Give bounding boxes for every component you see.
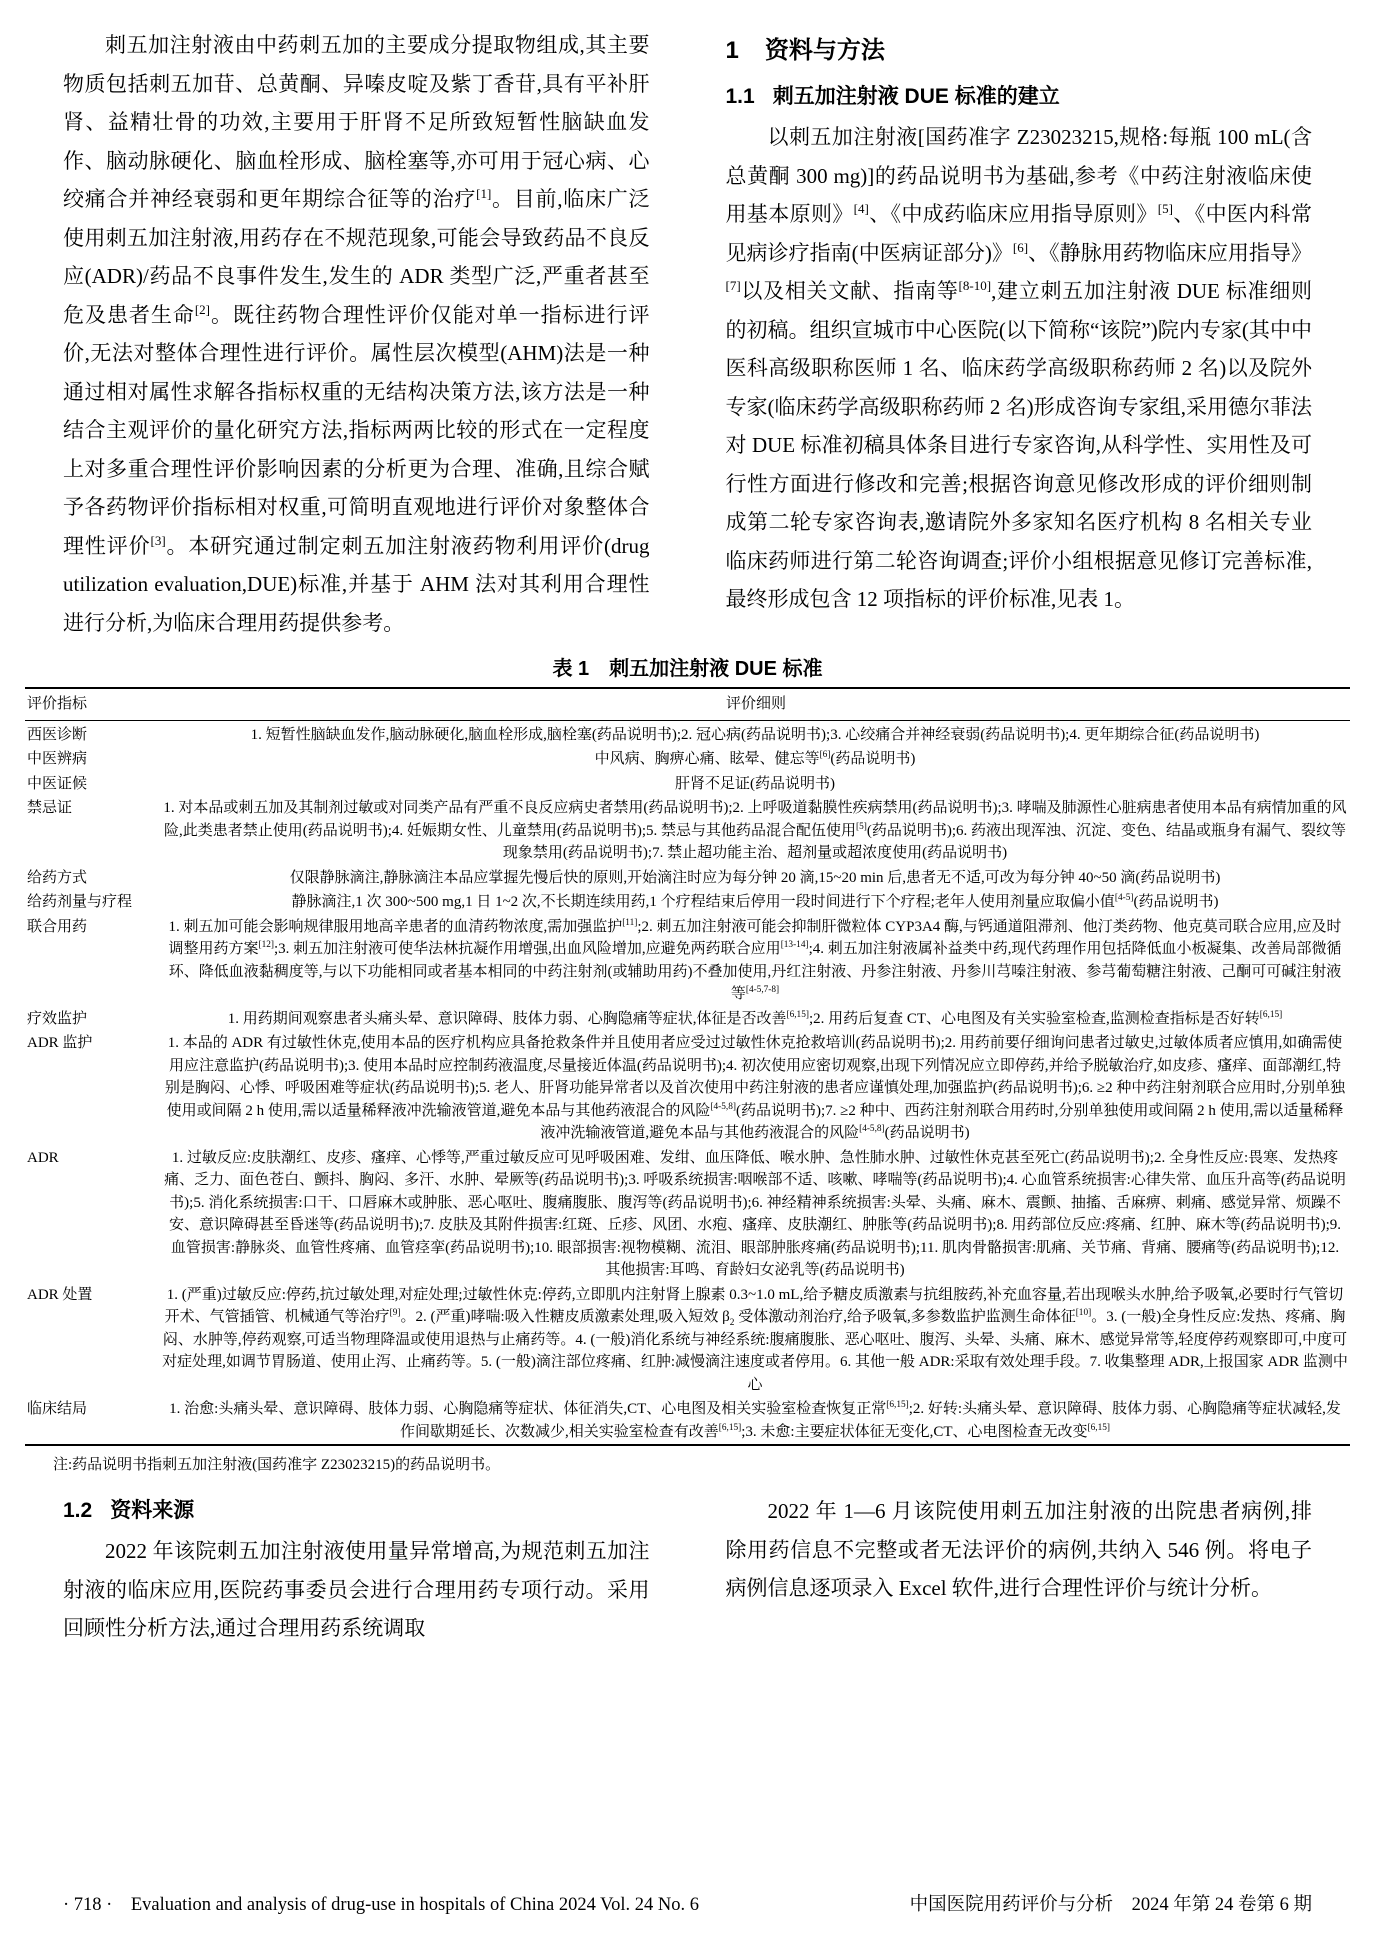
- table-row: 西医诊断1. 短暂性脑缺血发作,脑动脉硬化,脑血栓形成,脑栓塞(药品说明书);2…: [25, 723, 1350, 748]
- table-row-indicator: ADR 监护: [25, 1031, 160, 1146]
- table-row-detail: 1. 对本品或刺五加及其制剂过敏或对同类产品有严重不良反应病史者禁用(药品说明书…: [160, 796, 1350, 866]
- left-column: 刺五加注射液由中药刺五加的主要成分提取物组成,其主要物质包括刺五加苷、总黄酮、异…: [63, 26, 650, 642]
- right-column: 1资料与方法 1.1刺五加注射液 DUE 标准的建立 以刺五加注射液[国药准字 …: [726, 26, 1313, 642]
- table-row-indicator: 给药剂量与疗程: [25, 890, 160, 915]
- table-row: ADR 处置1. (严重)过敏反应:停药,抗过敏处理,对症处理;过敏性休克:停药…: [25, 1283, 1350, 1398]
- table-row: ADR1. 过敏反应:皮肤潮红、皮疹、瘙痒、心悸等,严重过敏反应可见呼吸困难、发…: [25, 1146, 1350, 1283]
- table-row: 中医辨病中风病、胸痹心痛、眩晕、健忘等[6](药品说明书): [25, 747, 1350, 772]
- section-1-2-title: 资料来源: [110, 1499, 194, 1522]
- section-1-2-number: 1.2: [63, 1499, 92, 1522]
- page-footer: · 718 · Evaluation and analysis of drug-…: [0, 1890, 1375, 1916]
- footer-right-text: 中国医院用药评价与分析 2024 年第 24 卷第 6 期: [910, 1890, 1312, 1916]
- table-row-indicator: 中医辨病: [25, 747, 160, 772]
- table-row: 疗效监护1. 用药期间观察患者头痛头晕、意识障碍、肢体力弱、心胸隐痛等症状,体征…: [25, 1007, 1350, 1032]
- table1-note: 注:药品说明书指刺五加注射液(国药准字 Z23023215)的药品说明书。: [25, 1454, 1350, 1476]
- table1-header-detail: 评价细则: [162, 693, 1350, 716]
- table-row-detail: 1. 短暂性脑缺血发作,脑动脉硬化,脑血栓形成,脑栓塞(药品说明书);2. 冠心…: [160, 723, 1350, 748]
- section-1-1-title: 刺五加注射液 DUE 标准的建立: [773, 85, 1060, 108]
- section-1-1-heading: 1.1刺五加注射液 DUE 标准的建立: [726, 78, 1313, 116]
- table-row-detail: 1. (严重)过敏反应:停药,抗过敏处理,对症处理;过敏性休克:停药,立即肌内注…: [160, 1283, 1350, 1398]
- table-row-detail: 1. 本品的 ADR 有过敏性休克,使用本品的医疗机构应具备抢救条件并且使用者应…: [160, 1031, 1350, 1146]
- table-row-indicator: 禁忌证: [25, 796, 160, 866]
- table-row-indicator: ADR: [25, 1146, 160, 1283]
- section-1-number: 1: [726, 37, 739, 64]
- table-row-indicator: 疗效监护: [25, 1007, 160, 1032]
- section-1-heading: 1资料与方法: [726, 28, 1313, 74]
- table-row-detail: 1. 用药期间观察患者头痛头晕、意识障碍、肢体力弱、心胸隐痛等症状,体征是否改善…: [160, 1007, 1350, 1032]
- table1-header-indicator: 评价指标: [25, 693, 162, 716]
- table-row-detail: 1. 过敏反应:皮肤潮红、皮疹、瘙痒、心悸等,严重过敏反应可见呼吸困难、发绀、血…: [160, 1146, 1350, 1283]
- table-row: 禁忌证1. 对本品或刺五加及其制剂过敏或对同类产品有严重不良反应病史者禁用(药品…: [25, 796, 1350, 866]
- section-1-2-paragraph-left: 2022 年该院刺五加注射液使用量异常增高,为规范刺五加注射液的临床应用,医院药…: [63, 1532, 650, 1648]
- table1-header-row: 评价指标 评价细则: [25, 689, 1350, 721]
- table-row-detail: 肝肾不足证(药品说明书): [160, 772, 1350, 797]
- left-column-bottom: 1.2资料来源 2022 年该院刺五加注射液使用量异常增高,为规范刺五加注射液的…: [63, 1492, 650, 1648]
- top-columns: 刺五加注射液由中药刺五加的主要成分提取物组成,其主要物质包括刺五加苷、总黄酮、异…: [0, 0, 1375, 642]
- intro-paragraph: 刺五加注射液由中药刺五加的主要成分提取物组成,其主要物质包括刺五加苷、总黄酮、异…: [63, 26, 650, 642]
- table-row-detail: 静脉滴注,1 次 300~500 mg,1 日 1~2 次,不长期连续用药,1 …: [160, 890, 1350, 915]
- journal-page: 刺五加注射液由中药刺五加的主要成分提取物组成,其主要物质包括刺五加苷、总黄酮、异…: [0, 0, 1375, 1940]
- section-1-1-number: 1.1: [726, 85, 755, 108]
- table-row: 给药方式仅限静脉滴注,静脉滴注本品应掌握先慢后快的原则,开始滴注时应为每分钟 2…: [25, 866, 1350, 891]
- footer-left-text: · 718 · Evaluation and analysis of drug-…: [63, 1890, 699, 1916]
- table-row: 临床结局1. 治愈:头痛头晕、意识障碍、肢体力弱、心胸隐痛等症状、体征消失,CT…: [25, 1397, 1350, 1444]
- table1-body: 西医诊断1. 短暂性脑缺血发作,脑动脉硬化,脑血栓形成,脑栓塞(药品说明书);2…: [25, 723, 1350, 1445]
- table-row-indicator: 西医诊断: [25, 723, 160, 748]
- section-1-2-paragraph-right: 2022 年 1—6 月该院使用刺五加注射液的出院患者病例,排除用药信息不完整或…: [726, 1492, 1313, 1608]
- table-row-detail: 中风病、胸痹心痛、眩晕、健忘等[6](药品说明书): [160, 747, 1350, 772]
- right-column-bottom: 2022 年 1—6 月该院使用刺五加注射液的出院患者病例,排除用药信息不完整或…: [726, 1492, 1313, 1648]
- table-row-indicator: 中医证候: [25, 772, 160, 797]
- section-1-title: 资料与方法: [765, 37, 885, 64]
- table-row-indicator: 临床结局: [25, 1397, 160, 1444]
- table-row-detail: 仅限静脉滴注,静脉滴注本品应掌握先慢后快的原则,开始滴注时应为每分钟 20 滴,…: [160, 866, 1350, 891]
- table1: 评价指标 评价细则 西医诊断1. 短暂性脑缺血发作,脑动脉硬化,脑血栓形成,脑栓…: [25, 687, 1350, 1446]
- table-row-indicator: ADR 处置: [25, 1283, 160, 1398]
- table-row: 给药剂量与疗程静脉滴注,1 次 300~500 mg,1 日 1~2 次,不长期…: [25, 890, 1350, 915]
- table-row: 联合用药1. 刺五加可能会影响规律服用地高辛患者的血清药物浓度,需加强监护[11…: [25, 915, 1350, 1007]
- table-row: 中医证候肝肾不足证(药品说明书): [25, 772, 1350, 797]
- table-row: ADR 监护1. 本品的 ADR 有过敏性休克,使用本品的医疗机构应具备抢救条件…: [25, 1031, 1350, 1146]
- table1-caption: 表 1 刺五加注射液 DUE 标准: [0, 652, 1375, 681]
- table-row-indicator: 给药方式: [25, 866, 160, 891]
- section-1-2-heading: 1.2资料来源: [63, 1492, 650, 1530]
- table-row-detail: 1. 治愈:头痛头晕、意识障碍、肢体力弱、心胸隐痛等症状、体征消失,CT、心电图…: [160, 1397, 1350, 1444]
- table-row-detail: 1. 刺五加可能会影响规律服用地高辛患者的血清药物浓度,需加强监护[11];2.…: [160, 915, 1350, 1007]
- table-row-indicator: 联合用药: [25, 915, 160, 1007]
- section-1-1-paragraph: 以刺五加注射液[国药准字 Z23023215,规格:每瓶 100 mL(含总黄酮…: [726, 118, 1313, 619]
- bottom-columns: 1.2资料来源 2022 年该院刺五加注射液使用量异常增高,为规范刺五加注射液的…: [0, 1492, 1375, 1648]
